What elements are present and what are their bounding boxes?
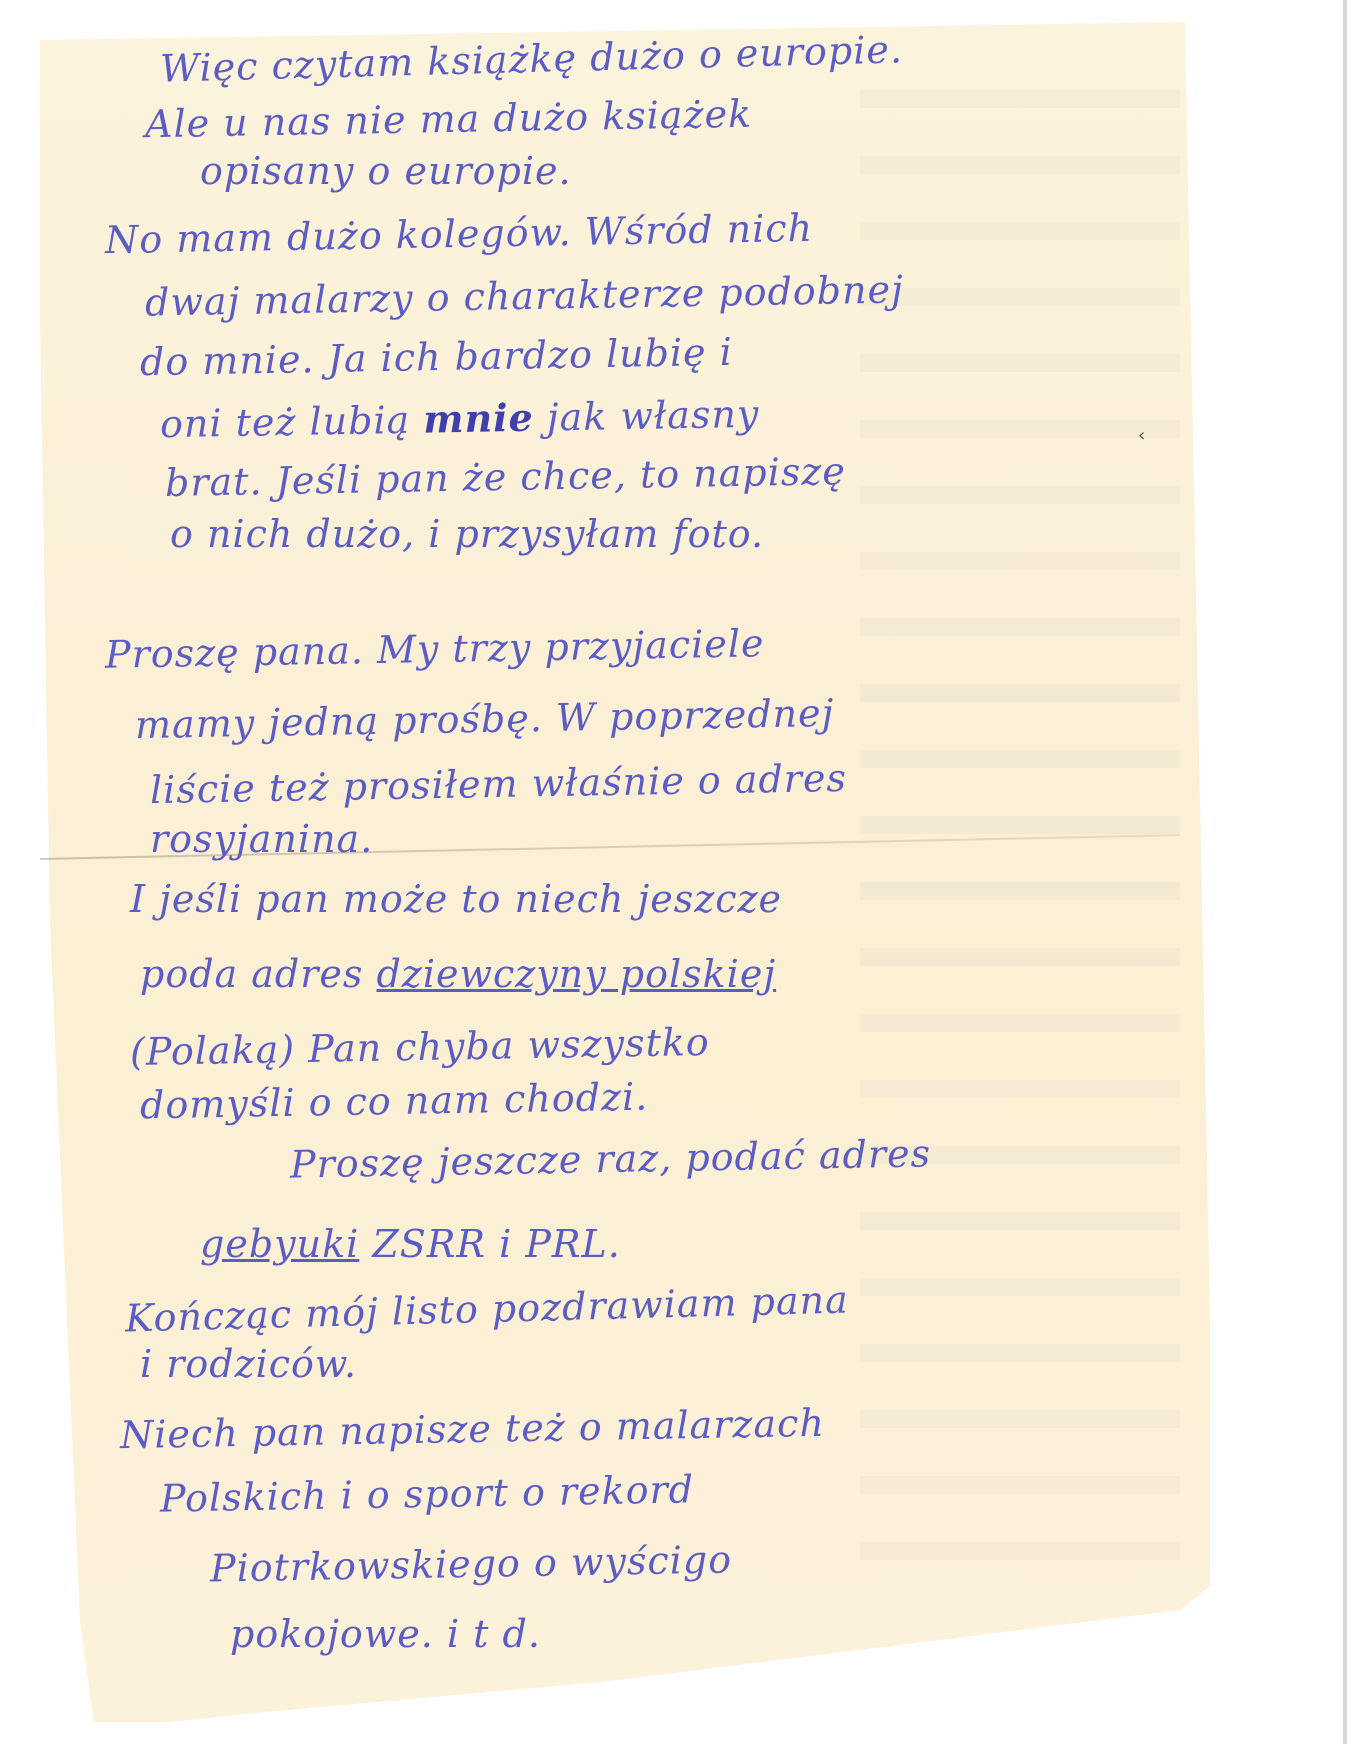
letter-line: gebyuki ZSRR i PRL.: [200, 1225, 621, 1263]
letter-line: i rodziców.: [140, 1345, 357, 1383]
letter-line: o nich dużo, i przysyłam foto.: [170, 515, 764, 553]
letter-line: rosyjanina.: [150, 820, 373, 858]
letter-line: (Polaką) Pan chyba wszystko: [130, 1023, 710, 1071]
letter-line: No mam dużo kolegów. Wśród nich: [105, 209, 814, 259]
letter-line: Ale u nas nie ma dużo książek: [145, 95, 753, 144]
letter-line: Niech pan napisze też o malarzach: [120, 1404, 825, 1454]
letter-line: oni też lubią mnie jak własny: [160, 395, 760, 443]
letter-line: Polskich i o sport o rekord: [160, 1470, 695, 1517]
underlined-phrase: dziewczyny polskiej: [376, 952, 776, 996]
text-segment: poda adres: [140, 952, 376, 996]
letter-line: opisany o europie.: [200, 152, 572, 190]
letter-line: domyśli o co nam chodzi.: [140, 1078, 649, 1125]
letter-line: Proszę jeszcze raz, podać adres: [290, 1134, 932, 1183]
letter-line: pokojowe. i t d.: [230, 1615, 541, 1653]
emphasized-word: mnie: [423, 395, 534, 442]
letter-line: mamy jedną prośbę. W poprzednej: [135, 694, 835, 744]
scan-artifact-mark: ‹: [1138, 425, 1145, 446]
letter-line: Piotrkowskiego o wyścigo: [210, 1540, 733, 1587]
scan-edge: [1343, 0, 1347, 1744]
underlined-phrase: gebyuki: [200, 1222, 359, 1266]
letter-line: liście też prosiłem właśnie o adres: [150, 759, 847, 809]
letter-line: I jeśli pan może to niech jeszcze: [130, 880, 782, 918]
text-segment: jak własny: [533, 392, 759, 440]
letter-line: Proszę pana. My trzy przyjaciele: [105, 624, 765, 674]
text-segment: oni też lubią: [160, 398, 424, 447]
letter-line: brat. Jeśli pan że chce, to napiszę: [165, 452, 846, 502]
text-segment: ZSRR i PRL.: [359, 1222, 621, 1266]
letter-line: do mnie. Ja ich bardzo lubię i: [140, 333, 733, 381]
letter-line: poda adres dziewczyny polskiej: [140, 955, 776, 993]
